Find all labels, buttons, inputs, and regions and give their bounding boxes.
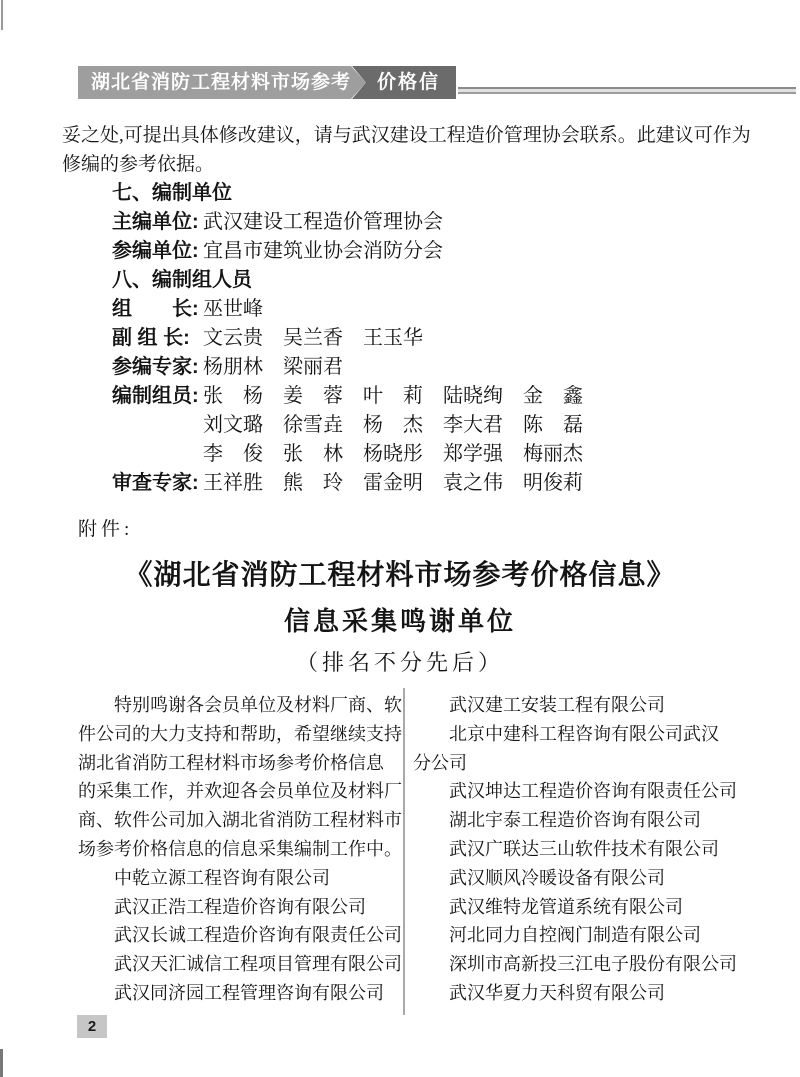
column-text-line: 特别鸣谢各会员单位及材料厂商、软	[78, 691, 402, 720]
company-name-line: 湖北宇泰工程造价咨询有限公司	[413, 806, 750, 835]
scan-edge-mark-top	[1, 0, 3, 30]
column-text-line: 件公司的大力支持和帮助，希望继续支持	[78, 720, 402, 749]
attachment-ranking-note: （排名不分先后）	[0, 646, 800, 677]
company-name-line: 河北同力自控阀门制造有限公司	[413, 921, 750, 950]
column-text-line: 商、软件公司加入湖北省消防工程材料市	[78, 806, 402, 835]
header-rule-line	[458, 87, 796, 94]
kv-value: 巫世峰	[203, 295, 263, 324]
kv-label: 审查专家:	[112, 469, 203, 498]
column-text-line: 湖北省消防工程材料市场参考价格信息	[78, 749, 402, 778]
page-number: 2	[77, 1015, 107, 1038]
kv-value: 文云贵 吴兰香 王玉华	[203, 324, 423, 353]
kv-row-members-1: 编制组员: 张 杨 姜 蓉 叶 莉 陆晓绚 金 鑫	[62, 382, 754, 411]
kv-value: 张 杨 姜 蓉 叶 莉 陆晓绚 金 鑫	[203, 382, 583, 411]
scan-edge-mark-bottom	[0, 1049, 3, 1077]
kv-label: 参编单位:	[112, 237, 203, 266]
kv-value: 李 俊 张 林 杨晓彤 郑学强 梅丽杰	[203, 440, 583, 469]
company-name-line: 武汉天汇诚信工程项目管理有限公司	[78, 950, 402, 979]
company-name-line: 武汉顺风冷暖设备有限公司	[413, 864, 750, 893]
kv-label	[112, 440, 203, 469]
kv-row-members-2: 刘文璐 徐雪垚 杨 杰 李大君 陈 磊	[62, 411, 754, 440]
kv-label	[112, 411, 203, 440]
company-name-line: 中乾立源工程咨询有限公司	[78, 864, 402, 893]
attachment-label: 附件:	[78, 514, 133, 541]
section-eight-heading: 八、编制组人员	[62, 266, 754, 295]
kv-row-members-3: 李 俊 张 林 杨晓彤 郑学强 梅丽杰	[62, 440, 754, 469]
company-name-line: 武汉华夏力天科贸有限公司	[413, 979, 750, 1008]
attachment-title: 《湖北省消防工程材料市场参考价格信息》	[0, 553, 800, 593]
kv-row-experts: 参编专家: 杨朋林 梁丽君	[62, 353, 754, 382]
company-name-line: 武汉坤达工程造价咨询有限责任公司	[413, 777, 750, 806]
kv-row-reviewers: 审查专家: 王祥胜 熊 玲 雷金明 袁之伟 明俊莉	[62, 469, 754, 498]
company-name-line: 武汉同济园工程管理咨询有限公司	[78, 979, 402, 1008]
section-seven-heading: 七、编制单位	[62, 179, 754, 208]
kv-value: 杨朋林 梁丽君	[203, 353, 343, 382]
kv-label: 编制组员:	[112, 382, 203, 411]
acknowledgement-left-column: 特别鸣谢各会员单位及材料厂商、软 件公司的大力支持和帮助，希望继续支持 湖北省消…	[78, 691, 402, 1008]
company-name-line: 武汉长诚工程造价咨询有限责任公司	[78, 921, 402, 950]
kv-row-group-leader: 组 长: 巫世峰	[62, 295, 754, 324]
kv-label: 参编专家:	[112, 353, 203, 382]
document-page: 湖北省消防工程材料市场参考 价格信息 妥之处,可提出具体修改建议，请与武汉建设工…	[0, 0, 800, 1077]
kv-value: 武汉建设工程造价管理协会	[203, 208, 443, 237]
kv-label: 主编单位:	[112, 208, 203, 237]
attachment-subtitle: 信息采集鸣谢单位	[0, 601, 800, 638]
company-name-line: 武汉维特龙管道系统有限公司	[413, 893, 750, 922]
intro-line: 修编的参考依据。	[62, 150, 754, 179]
kv-label: 组 长:	[112, 295, 203, 324]
column-divider	[403, 688, 405, 1015]
kv-value: 王祥胜 熊 玲 雷金明 袁之伟 明俊莉	[203, 469, 583, 498]
company-name-line: 北京中建科工程咨询有限公司武汉	[413, 720, 750, 749]
company-name-line: 武汉正浩工程造价咨询有限公司	[78, 893, 402, 922]
acknowledgement-right-column: 武汉建工安装工程有限公司 北京中建科工程咨询有限公司武汉 分公司 武汉坤达工程造…	[413, 691, 750, 1008]
company-name-line: 武汉建工安装工程有限公司	[413, 691, 750, 720]
header-breadcrumb-secondary: 价格信息	[352, 66, 456, 99]
kv-value: 刘文璐 徐雪垚 杨 杰 李大君 陈 磊	[203, 411, 583, 440]
kv-row-co-editor: 参编单位: 宜昌市建筑业协会消防分会	[62, 237, 754, 266]
document-body: 妥之处,可提出具体修改建议，请与武汉建设工程造价管理协会联系。此建议可作为 修编…	[62, 121, 754, 498]
kv-row-chief-editor: 主编单位: 武汉建设工程造价管理协会	[62, 208, 754, 237]
company-name-line: 武汉广联达三山软件技术有限公司	[413, 835, 750, 864]
kv-label: 副 组 长:	[112, 324, 203, 353]
kv-value: 宜昌市建筑业协会消防分会	[203, 237, 443, 266]
company-name-line: 分公司	[413, 749, 750, 778]
header-breadcrumb-primary: 湖北省消防工程材料市场参考	[78, 66, 366, 99]
kv-row-deputy-leader: 副 组 长: 文云贵 吴兰香 王玉华	[62, 324, 754, 353]
intro-line: 妥之处,可提出具体修改建议，请与武汉建设工程造价管理协会联系。此建议可作为	[62, 121, 754, 150]
column-text-line: 场参考价格信息的信息采集编制工作中。	[78, 835, 402, 864]
column-text-line: 的采集工作，并欢迎各会员单位及材料厂	[78, 777, 402, 806]
company-name-line: 深圳市高新投三江电子股份有限公司	[413, 950, 750, 979]
